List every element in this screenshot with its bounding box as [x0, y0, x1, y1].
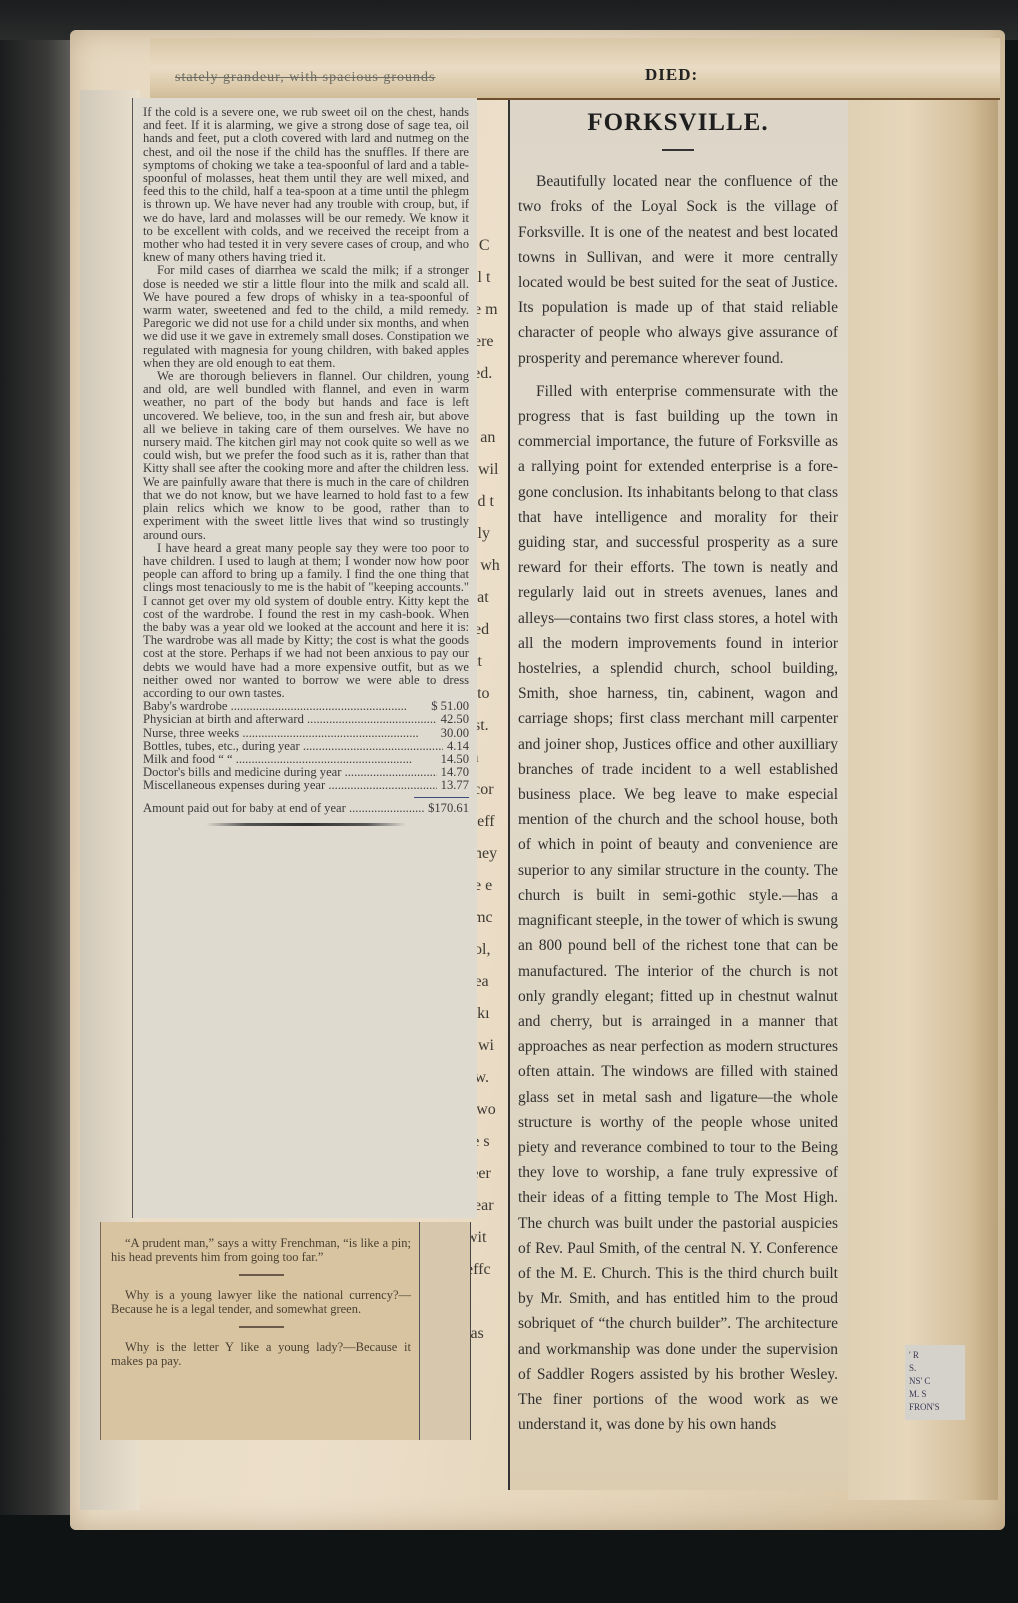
header-clipping-strip: [150, 38, 1000, 100]
baby-care-clipping: If the cold is a severe one, we rub swee…: [132, 98, 477, 1218]
ledger-row: Baby's wardrobe $ 51.00: [143, 700, 469, 713]
article-paragraph: Filled with enterprise commensurate with…: [518, 379, 838, 1438]
torn-scrap-fragment: ' R S. NS' C M. S FRON'S: [905, 1345, 965, 1420]
ledger-item: Milk and food “ “: [143, 753, 437, 766]
ledger-amount: 4.14: [443, 740, 469, 753]
article-title: FORKSVILLE.: [518, 110, 838, 135]
article-paragraph: Beautifully located near the confluence …: [518, 169, 838, 371]
ledger-amount: 42.50: [437, 713, 469, 726]
fragment-line: effc: [466, 1254, 511, 1286]
ledger-row: Bottles, tubes, etc., during year 4.14: [143, 740, 469, 753]
page-right-edge: [848, 100, 998, 1500]
scrap-line: FRON'S: [909, 1401, 961, 1414]
fragment-line: [466, 1286, 511, 1318]
ledger-item: Baby's wardrobe: [143, 700, 427, 713]
ledger-row: Miscellaneous expenses during year 13.77: [143, 779, 469, 792]
died-heading: DIED:: [645, 65, 698, 85]
ledger-item: Doctor's bills and medicine during year: [143, 766, 437, 779]
joke-text: Why is a young lawyer like the national …: [111, 1288, 411, 1316]
fragment-line: las: [466, 1318, 511, 1340]
article-paragraph: For mild cases of diarrhea we scald the …: [143, 264, 469, 370]
ledger-total-label: Amount paid out for baby at end of year: [143, 802, 424, 815]
ledger-total-row: Amount paid out for baby at end of year …: [143, 802, 469, 815]
header-strip-text: stately grandeur, with spacious grounds: [175, 70, 515, 86]
forksville-clipping: FORKSVILLE. Beautifully located near the…: [508, 100, 848, 1490]
ledger-amount: 13.77: [437, 779, 469, 792]
ledger-amount: 30.00: [437, 727, 469, 740]
background-left: [0, 40, 80, 1520]
article-paragraph: If the cold is a severe one, we rub swee…: [143, 106, 469, 264]
ledger-row: Doctor's bills and medicine during year …: [143, 766, 469, 779]
joke-divider: [239, 1326, 284, 1328]
joke-text: “A prudent man,” says a witty Frenchman,…: [111, 1236, 411, 1264]
scrap-line: ' R: [909, 1349, 961, 1362]
scrap-line: S.: [909, 1362, 961, 1375]
ornamental-divider: [206, 823, 406, 826]
ledger-item: Physician at birth and afterward: [143, 713, 437, 726]
ledger-item: Miscellaneous expenses during year: [143, 779, 437, 792]
expense-ledger: Baby's wardrobe $ 51.00 Physician at bir…: [143, 700, 469, 815]
article-paragraph: I have heard a great many people say the…: [143, 542, 469, 700]
title-divider: [662, 149, 694, 151]
fragment-line: wit: [466, 1222, 511, 1254]
scrap-line: M. S: [909, 1388, 961, 1401]
ledger-item: Nurse, three weeks: [143, 727, 437, 740]
joke-text: Why is the letter Y like a young lady?—B…: [111, 1340, 411, 1368]
ledger-item: Bottles, tubes, etc., during year: [143, 740, 443, 753]
jokes-backdrop: [420, 1222, 471, 1440]
ledger-sum-rule: [414, 797, 469, 798]
ledger-total-amount: $170.61: [424, 802, 469, 815]
joke-divider: [239, 1274, 284, 1276]
jokes-clipping: “A prudent man,” says a witty Frenchman,…: [100, 1222, 420, 1440]
ledger-row: Milk and food “ “ 14.50: [143, 753, 469, 766]
ledger-row: Nurse, three weeks 30.00: [143, 727, 469, 740]
scrap-line: NS' C: [909, 1375, 961, 1388]
article-paragraph: We are thorough believers in flannel. Ou…: [143, 370, 469, 542]
ledger-row: Physician at birth and afterward 42.50: [143, 713, 469, 726]
